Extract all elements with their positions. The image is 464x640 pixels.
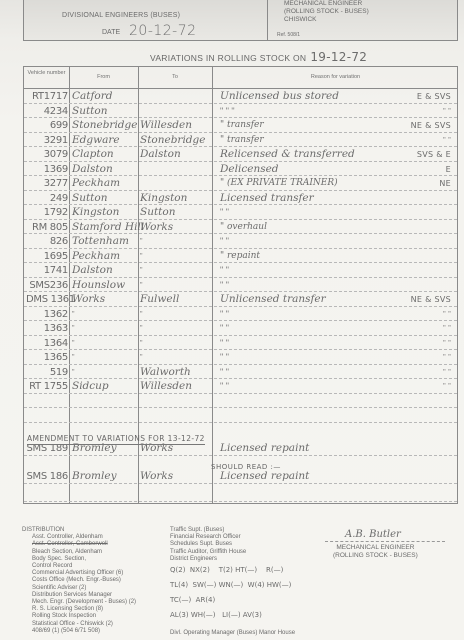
table-row: 1364""" "" "	[24, 336, 457, 351]
distribution-item: District Engineers	[170, 556, 246, 563]
division-code: " "	[443, 133, 451, 147]
table-row: RM 805Stamford HillWorks" overhaul	[24, 220, 457, 235]
date-value: 20-12-72	[129, 23, 197, 39]
garage-code-line: TL(4) SW(—) WN(—) W(4) HW(—)	[170, 578, 291, 593]
from-garage: Edgware	[72, 133, 120, 147]
from-garage: Dalston	[72, 263, 113, 277]
distribution-item: Body Spec. Section,	[22, 556, 136, 563]
division-code: " "	[443, 365, 451, 379]
division-code: " "	[443, 307, 451, 321]
distribution-items: Asst. Controller, AldenhamAsst. Controll…	[22, 534, 136, 635]
to-garage: "	[140, 278, 143, 292]
table-row: 1365""" "" "	[24, 350, 457, 365]
reason: Unlicensed bus stored	[220, 89, 339, 103]
empty-row	[24, 408, 457, 423]
to-garage: "	[140, 249, 143, 263]
to-garage: Sutton	[140, 205, 175, 219]
vehicle-number: 249	[26, 191, 68, 205]
signature-title: MECHANICAL ENGINEER (ROLLING STOCK - BUS…	[333, 544, 418, 560]
sender-line-1: MECHANICAL ENGINEER	[284, 0, 369, 8]
to-garage: "	[140, 321, 143, 335]
table-row: DMS 1361WorksFulwellUnlicensed transferN…	[24, 292, 457, 307]
should-read-label: SHOULD READ :—	[211, 463, 281, 471]
distribution-item: Asst. Controller, Camberwell	[22, 541, 136, 548]
garage-code-line: AL(3) WH(—) LI(—) AV(3)	[170, 608, 291, 623]
reason: " "	[220, 234, 229, 248]
vehicle-number: 1362	[26, 307, 68, 321]
distribution-item: Scientific Adviser (2)	[22, 585, 136, 592]
distribution-item: Distribution Services Manager	[22, 592, 136, 599]
to-garage: "	[140, 263, 143, 277]
reason: " "	[220, 263, 229, 277]
title-label: VARIATIONS IN ROLLING STOCK ON	[150, 53, 306, 63]
table-row: RT1717CatfordUnlicensed bus storedE & SV…	[24, 89, 457, 104]
division-code: " "	[443, 321, 451, 335]
amendment-title: AMENDMENT TO VARIATIONS FOR 13-12-72	[27, 434, 205, 445]
vehicle-number: 4234	[26, 104, 68, 118]
distribution-item: Mech. Engr. (Development - Buses) (2)	[22, 599, 136, 606]
page-title: VARIATIONS IN ROLLING STOCK ON19-12-72	[150, 50, 367, 64]
distribution-footer: Divl. Operating Manager (Buses) Manor Ho…	[170, 630, 295, 636]
reason: " overhaul	[220, 220, 267, 234]
division-code: SVS & E	[417, 147, 451, 161]
from-garage: "	[72, 336, 75, 350]
reason: Relicensed & transferred	[220, 147, 355, 161]
table-row: 699StonebridgeWillesden" transferNE & SV…	[24, 118, 457, 133]
table-row: SMS 186BromleyWorksLicensed repaint	[24, 469, 457, 484]
date-label: DATE	[102, 29, 120, 36]
vehicle-number: 519	[26, 365, 68, 379]
sender-line-3: CHISWICK	[284, 16, 369, 24]
reason: " transfer	[220, 118, 264, 132]
vehicle-number: RT 1755	[26, 379, 68, 393]
from-garage: Dalston	[72, 162, 113, 176]
division-code: " "	[443, 336, 451, 350]
vehicle-number: 1363	[26, 321, 68, 335]
reason: " "	[220, 321, 229, 335]
from-garage: Sutton	[72, 191, 107, 205]
from-garage: "	[72, 321, 75, 335]
table-row: 1362""" "" "	[24, 307, 457, 322]
vehicle-number: 3291	[26, 133, 68, 147]
from-garage: Stamford Hill	[72, 220, 144, 234]
division-code: NE & SVS	[411, 118, 451, 132]
vehicle-number: 1364	[26, 336, 68, 350]
from-garage: Catford	[72, 89, 112, 103]
reference-number: Ref. 508/1	[277, 32, 300, 38]
empty-row	[24, 394, 457, 409]
from-garage: Hounslow	[72, 278, 125, 292]
vehicle-number: DMS 1361	[26, 292, 68, 306]
vehicle-number: 1365	[26, 350, 68, 364]
from-garage: Sutton	[72, 104, 107, 118]
title-date: 19-12-72	[310, 50, 367, 64]
table-row: 4234Sutton" " "" "	[24, 104, 457, 119]
to-garage: "	[140, 350, 143, 364]
division-code: NE & SVS	[411, 292, 451, 306]
to-garage: Works	[140, 220, 173, 234]
distribution-item: Traffic Supt. (Buses)	[170, 527, 246, 534]
from-garage: "	[72, 365, 75, 379]
table-row: 1792KingstonSutton" "	[24, 205, 457, 220]
division-code: " "	[443, 379, 451, 393]
reason: Delicensed	[220, 162, 279, 176]
reason: Unlicensed transfer	[220, 292, 326, 306]
sender-line-2: (ROLLING STOCK - BUSES)	[284, 8, 369, 16]
reason: " "	[220, 307, 229, 321]
to-garage: Stonebridge	[140, 133, 205, 147]
division-code: " "	[443, 104, 451, 118]
reason: Licensed repaint	[220, 469, 309, 483]
table-row: 1369DalstonDelicensedE	[24, 162, 457, 177]
distribution-item: R. S. Licensing Section (8)	[22, 606, 136, 613]
table-row: 1741Dalston"" "	[24, 263, 457, 278]
empty-row	[24, 487, 457, 502]
table-row: 3079ClaptonDalstonRelicensed & transferr…	[24, 147, 457, 162]
col-header-to: To	[138, 74, 212, 81]
distribution-item: Bleach Section, Aldenham	[22, 549, 136, 556]
from-garage: "	[72, 350, 75, 364]
garage-code-line: TC(—) AR(4)	[170, 593, 291, 608]
header-box: DIVISIONAL ENGINEERS (BUSES) DATE 20-12-…	[23, 0, 458, 41]
table-row: 249SuttonKingstonLicensed transfer	[24, 191, 457, 206]
table-row: 826Tottenham"" "	[24, 234, 457, 249]
reason: " "	[220, 379, 229, 393]
distribution-item: Commercial Advertising Officer (6)	[22, 570, 136, 577]
distribution-item: Schedules Supt. Buses	[170, 541, 246, 548]
reason: " "	[220, 278, 229, 292]
reason: Licensed transfer	[220, 191, 314, 205]
from-garage: Sidcup	[72, 379, 109, 393]
vehicle-number: 1741	[26, 263, 68, 277]
from-garage: Peckham	[72, 176, 120, 190]
signature-title-line-2: (ROLLING STOCK - BUSES)	[333, 552, 418, 560]
from-garage: "	[72, 307, 75, 321]
signature: A.B. Butler	[345, 529, 401, 540]
table-row: RT 1755SidcupWillesden" "" "	[24, 379, 457, 394]
vehicle-number: 826	[26, 234, 68, 248]
header-divider	[267, 0, 268, 41]
from-garage: Works	[72, 292, 105, 306]
reason: " "	[220, 205, 229, 219]
distribution-item: Statistical Office - Chiswick (2)	[22, 621, 136, 628]
to-garage: "	[140, 336, 143, 350]
to-garage: "	[140, 234, 143, 248]
distribution-list: DISTRIBUTION Asst. Controller, AldenhamA…	[22, 527, 136, 635]
table-row: SMS236Hounslow"" "	[24, 278, 457, 293]
to-garage: "	[140, 307, 143, 321]
table-row: 3277Peckham" (EX PRIVATE TRAINER)NE	[24, 176, 457, 191]
to-garage: Kingston	[140, 191, 187, 205]
table-row: 1363""" "" "	[24, 321, 457, 336]
distribution-item: Financial Research Officer	[170, 534, 246, 541]
signature-title-line-1: MECHANICAL ENGINEER	[333, 544, 418, 552]
distribution-heading: DISTRIBUTION	[22, 527, 136, 534]
distribution-item: Asst. Controller, Aldenham	[22, 534, 136, 541]
division-code: E & SVS	[417, 89, 451, 103]
reason: " repaint	[220, 249, 260, 263]
garage-codes: Q(2) NX(2) T(2) HT(—) R(—)TL(4) SW(—) WN…	[170, 563, 291, 623]
vehicle-number: 3277	[26, 176, 68, 190]
to-garage: Willesden	[140, 379, 192, 393]
distribution-item: Costs Office (Mech. Engr.-Buses)	[22, 577, 136, 584]
division-code: " "	[443, 350, 451, 364]
variations-table: Vehicle number From To Reason for variat…	[23, 66, 458, 504]
reason: " "	[220, 336, 229, 350]
reason: " "	[220, 350, 229, 364]
from-garage: Clapton	[72, 147, 114, 161]
division-code: NE	[439, 176, 451, 190]
table-row: 3291EdgwareStonebridge" transfer" "	[24, 133, 457, 148]
vehicle-number: RM 805	[26, 220, 68, 234]
distribution-item: Traffic Auditor, Griffith House	[170, 549, 246, 556]
to-garage: Works	[140, 469, 173, 483]
to-garage: Dalston	[140, 147, 181, 161]
from-garage: Stonebridge	[72, 118, 137, 132]
vehicle-number: SMS 186	[26, 469, 68, 483]
vehicle-number: 699	[26, 118, 68, 132]
reason: " " "	[220, 104, 235, 118]
sender-block: MECHANICAL ENGINEER (ROLLING STOCK - BUS…	[284, 0, 369, 24]
distribution-list-2: Traffic Supt. (Buses)Financial Research …	[170, 527, 246, 563]
from-garage: Peckham	[72, 249, 120, 263]
vehicle-number: 3079	[26, 147, 68, 161]
reason: Licensed repaint	[220, 441, 309, 455]
distribution-item: Control Record	[22, 563, 136, 570]
distribution-item: 408/69 (1) (504 6/71 508)	[22, 628, 136, 635]
recipient-title: DIVISIONAL ENGINEERS (BUSES)	[62, 12, 180, 19]
signature-line	[325, 541, 445, 542]
division-code: E	[446, 162, 451, 176]
garage-code-line: Q(2) NX(2) T(2) HT(—) R(—)	[170, 563, 291, 578]
vehicle-number: RT1717	[26, 89, 68, 103]
table-row: 1695Peckham"" repaint	[24, 249, 457, 264]
reason: " transfer	[220, 133, 264, 147]
reason: " "	[220, 365, 229, 379]
vehicle-number: SMS236	[26, 278, 68, 292]
reason: " (EX PRIVATE TRAINER)	[220, 176, 338, 190]
to-garage: Willesden	[140, 118, 192, 132]
to-garage: Walworth	[140, 365, 191, 379]
to-garage: Fulwell	[140, 292, 179, 306]
vehicle-number: 1695	[26, 249, 68, 263]
col-header-reason: Reason for variation	[212, 74, 459, 81]
col-header-from: From	[69, 74, 138, 81]
col-header-vehicle: Vehicle number	[24, 70, 69, 77]
document-page: DIVISIONAL ENGINEERS (BUSES) DATE 20-12-…	[0, 0, 464, 640]
vehicle-number: 1369	[26, 162, 68, 176]
from-garage: Kingston	[72, 205, 119, 219]
vehicle-number: 1792	[26, 205, 68, 219]
from-garage: Bromley	[72, 469, 117, 483]
distribution-item: Rolling Stock Inspection	[22, 613, 136, 620]
from-garage: Tottenham	[72, 234, 129, 248]
table-row: 519"Walworth" "" "	[24, 365, 457, 380]
